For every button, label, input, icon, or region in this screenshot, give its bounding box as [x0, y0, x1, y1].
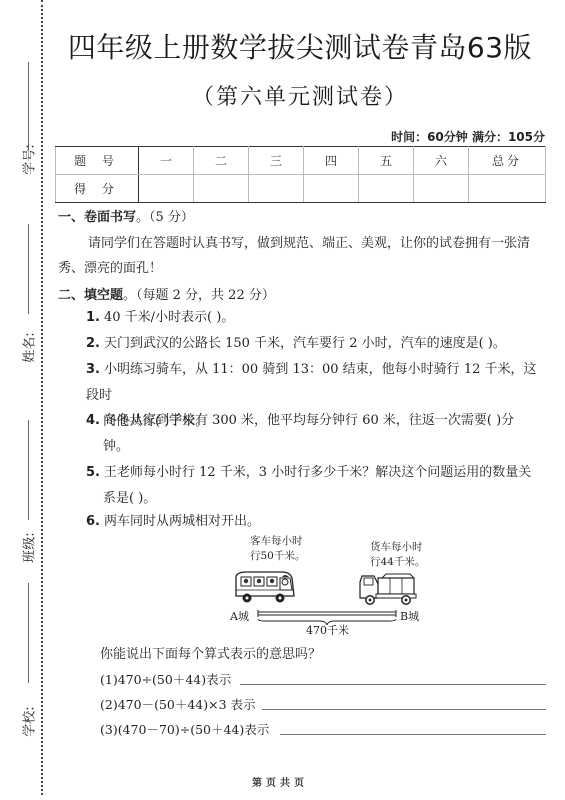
truck-icon [356, 572, 420, 606]
name-label: 姓名: [19, 328, 38, 368]
truck-caption: 货车每小时 行44千米。 [370, 540, 425, 570]
question-text: 小明练习骑车，从 11：00 骑到 13：00 结束，他每小时骑行 12 千米，… [86, 362, 537, 403]
student-id-line[interactable] [28, 62, 29, 150]
vehicles-figure: 客车每小时 行50千米。 货车每小时 行44千米。 A城 B城 [228, 530, 428, 635]
city-b-label: B城 [400, 608, 419, 624]
score-table-score-row: 得 分 [56, 175, 546, 203]
answer-line-2[interactable] [262, 709, 546, 710]
row-header-question-number: 题 号 [56, 147, 139, 175]
page-footer: 第页共页 [200, 774, 360, 789]
city-a-label: A城 [230, 608, 249, 624]
answer-line-1[interactable] [240, 684, 546, 685]
question-number: 3. [86, 362, 100, 377]
column-header-total: 总分 [469, 147, 546, 175]
bus-icon [232, 570, 302, 606]
score-cell[interactable] [194, 175, 249, 203]
question-text: 天门到武汉的公路长 150 千米，汽车要行 2 小时，汽车的速度是( )。 [104, 336, 506, 351]
question-number: 5. [86, 465, 100, 480]
column-header: 一 [139, 147, 194, 175]
score-table: 题 号 一 二 三 四 五 六 总分 得 分 [55, 146, 546, 203]
question-number: 4. [86, 413, 100, 428]
column-header: 五 [359, 147, 414, 175]
sub-question-3: (3)(470－70)÷(50＋44)表示 [100, 720, 269, 738]
section-2-heading: 二、填空题。（每题 2 分，共 22 分） [58, 284, 275, 303]
question-2: 2.天门到武汉的公路长 150 千米，汽车要行 2 小时，汽车的速度是( )。 [86, 331, 548, 357]
score-cell[interactable] [359, 175, 414, 203]
name-line[interactable] [28, 224, 29, 314]
score-cell[interactable] [249, 175, 304, 203]
question-5: 5.王老师每小时行 12 千米，3 小时行多少千米？解决这个问题运用的数量关 系… [86, 460, 548, 512]
section-1-heading: 一、卷面书写。（5 分） [58, 206, 194, 225]
column-header: 二 [194, 147, 249, 175]
score-cell[interactable] [139, 175, 194, 203]
question-text: 40 千米/小时表示( )。 [104, 310, 234, 325]
binding-dotted-line [41, 0, 43, 795]
sub-question-1: (1)470÷(50＋44)表示 [100, 670, 231, 688]
section-2-points: 。（每题 2 分，共 22 分） [123, 288, 275, 303]
truck-caption-line-1: 货车每小时 [370, 540, 425, 555]
section-1-points: 。（5 分） [136, 210, 194, 225]
question-text-continued: 系是( )。 [86, 491, 156, 506]
question-number: 2. [86, 336, 100, 351]
exam-meta: 时间：60分钟 满分：105分 [391, 128, 545, 145]
distance-label: 470千米 [306, 622, 349, 638]
school-label: 学校: [19, 702, 38, 742]
score-cell[interactable] [304, 175, 359, 203]
answer-line-3[interactable] [280, 734, 546, 735]
question-number: 6. [86, 514, 100, 529]
score-cell[interactable] [414, 175, 469, 203]
score-cell-total[interactable] [469, 175, 546, 203]
question-1: 1.40 千米/小时表示( )。 [86, 305, 548, 331]
bus-caption-line-1: 客车每小时 [250, 534, 305, 549]
sub-question-prompt: 你能说出下面每个算式表示的意思吗？ [100, 643, 321, 662]
section-1-title: 一、卷面书写 [58, 210, 136, 225]
column-header: 六 [414, 147, 469, 175]
question-number: 1. [86, 310, 100, 325]
page-subtitle: （第六单元测试卷） [60, 80, 540, 111]
class-line[interactable] [28, 420, 29, 520]
column-header: 三 [249, 147, 304, 175]
section-1-text: 请同学们在答题时认真书写，做到规范、端正、美观，让你的试卷拥有一张清秀、漂亮的面… [58, 231, 548, 281]
score-table-header-row: 题 号 一 二 三 四 五 六 总分 [56, 147, 546, 175]
question-text: 冬冬从家到学校有 300 米，他平均每分钟行 60 米，往返一次需要( )分 [104, 413, 514, 428]
column-header: 四 [304, 147, 359, 175]
row-header-score: 得 分 [56, 175, 139, 203]
bus-caption: 客车每小时 行50千米。 [250, 534, 305, 564]
section-2-title: 二、填空题 [58, 288, 123, 303]
truck-caption-line-2: 行44千米。 [370, 555, 425, 570]
question-text: 两车同时从两城相对开出。 [104, 514, 260, 529]
class-label: 班级: [19, 528, 38, 568]
bus-caption-line-2: 行50千米。 [250, 549, 305, 564]
question-text-continued: 钟。 [86, 439, 129, 454]
school-line[interactable] [28, 583, 29, 683]
question-4: 4.冬冬从家到学校有 300 米，他平均每分钟行 60 米，往返一次需要( )分… [86, 408, 548, 460]
student-id-label: 学号: [19, 140, 38, 180]
sub-question-2: (2)470－(50＋44)×3 表示 [100, 695, 256, 713]
page-title: 四年级上册数学拔尖测试卷青岛63版 [60, 26, 540, 66]
question-text: 王老师每小时行 12 千米，3 小时行多少千米？解决这个问题运用的数量关 [104, 465, 531, 480]
